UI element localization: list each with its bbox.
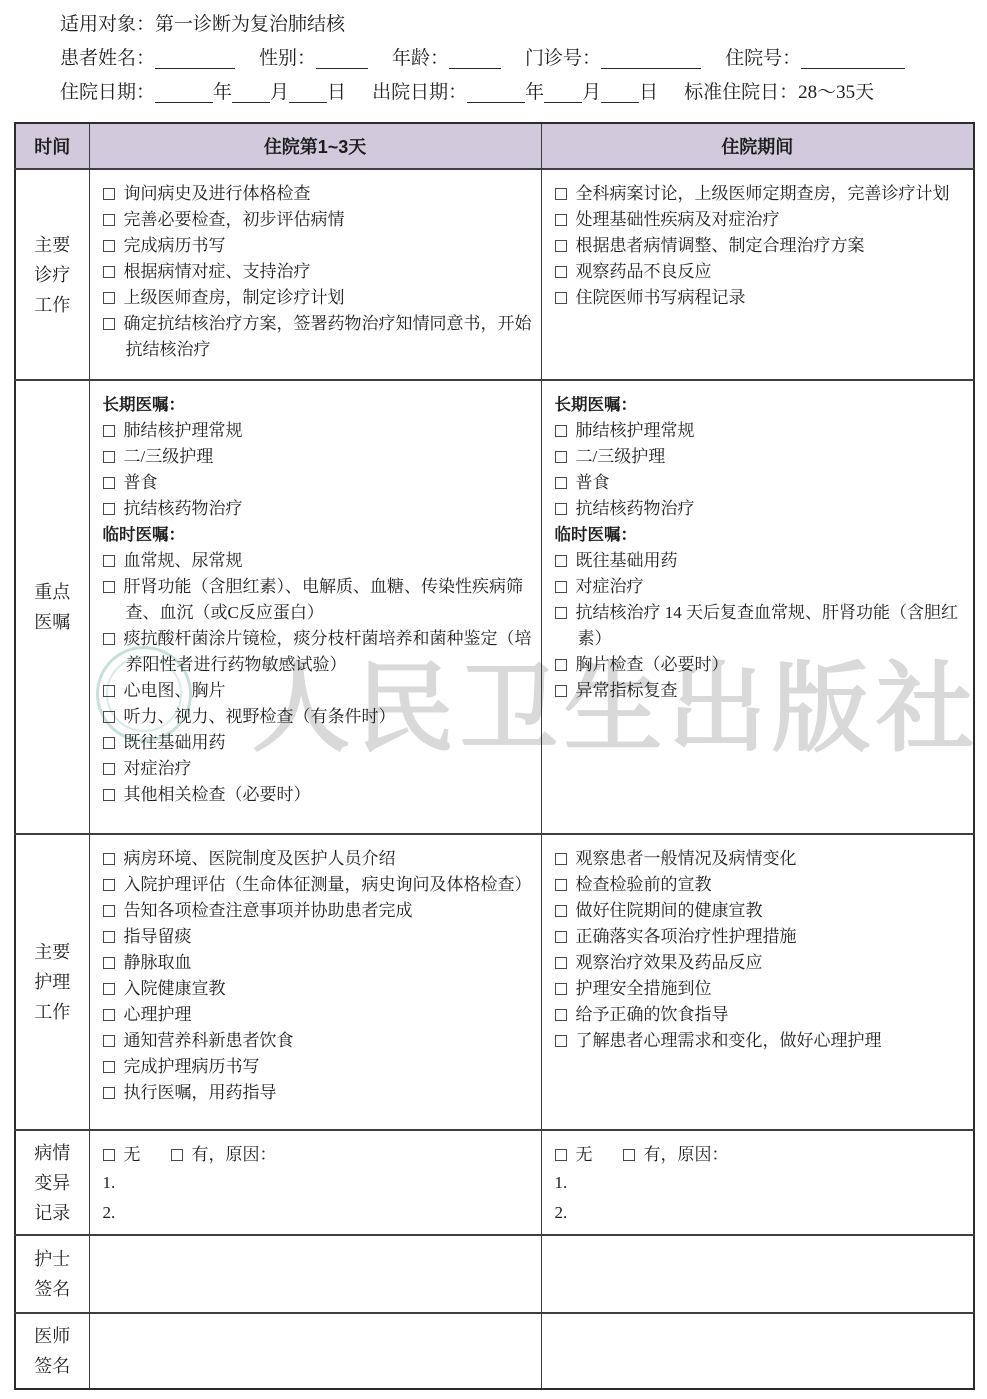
checkbox-icon[interactable]	[103, 879, 115, 891]
field-label: 年龄：	[392, 42, 449, 76]
field-label: 性别：	[259, 42, 316, 76]
checkbox-icon[interactable]	[555, 659, 567, 671]
table-row-key-orders: 重点医嘱 长期医嘱：肺结核护理常规二/三级护理普食抗结核药物治疗临时医嘱：血常规…	[15, 380, 974, 834]
applicable-subject-line: 适用对象：第一诊断为复治肺结核	[60, 8, 975, 42]
row-label-line: 医师	[16, 1321, 89, 1351]
blank-fill-field[interactable]	[601, 45, 701, 69]
cell-nurse-signature-days1-3[interactable]	[89, 1235, 541, 1313]
checkbox-icon[interactable]	[103, 266, 115, 278]
checklist-item: 入院护理评估（生命体征测量，病史询问及体格检查）	[103, 872, 533, 898]
field-label: 门诊号：	[525, 42, 601, 76]
checkbox-icon[interactable]	[171, 1149, 183, 1161]
numbered-line: 1.	[555, 1168, 966, 1198]
checklist-item: 血常规、尿常规	[103, 548, 533, 574]
checkbox-icon[interactable]	[103, 763, 115, 775]
checklist-item: 听力、视力、视野检查（有条件时）	[103, 704, 533, 730]
patient-info-line: 患者姓名：性别：年龄：门诊号：住院号：	[60, 42, 975, 76]
checklist-item: 观察治疗效果及药品反应	[555, 950, 966, 976]
row-label-key-orders: 重点医嘱	[15, 380, 89, 834]
checklist-item: 静脉取血	[103, 950, 533, 976]
row-label-nurse-signature: 护士签名	[15, 1235, 89, 1313]
variation-option: 有，原因：	[623, 1145, 729, 1164]
checkbox-icon[interactable]	[103, 711, 115, 723]
checkbox-icon[interactable]	[103, 477, 115, 489]
checkbox-icon[interactable]	[103, 240, 115, 252]
blank-fill-field[interactable]	[316, 45, 368, 69]
checkbox-icon[interactable]	[103, 555, 115, 567]
blank-fill-field[interactable]	[289, 79, 327, 103]
checkbox-icon[interactable]	[555, 1009, 567, 1021]
checkbox-icon[interactable]	[103, 737, 115, 749]
checkbox-icon[interactable]	[555, 266, 567, 278]
checklist-item: 抗结核药物治疗	[555, 496, 966, 522]
checklist-item: 确定抗结核治疗方案，签署药物治疗知情同意书，开始抗结核治疗	[103, 311, 533, 363]
checklist-item: 心理护理	[103, 1002, 533, 1028]
checkbox-icon[interactable]	[103, 1149, 115, 1161]
checkbox-icon[interactable]	[555, 607, 567, 619]
checklist-item: 二/三级护理	[555, 444, 966, 470]
form-header: 适用对象：第一诊断为复治肺结核 患者姓名：性别：年龄：门诊号：住院号： 住院日期…	[60, 8, 975, 110]
numbered-line: 2.	[103, 1198, 533, 1228]
blank-fill-field[interactable]	[449, 45, 501, 69]
row-label-line: 主要	[16, 230, 89, 260]
checklist-item: 普食	[103, 470, 533, 496]
variation-options-line: 无有，原因：	[555, 1142, 966, 1168]
order-group-heading: 长期医嘱：	[103, 392, 533, 418]
field-label: 日	[327, 76, 346, 110]
cell-variation-during-stay: 无有，原因：1.2.	[541, 1130, 974, 1235]
checkbox-icon[interactable]	[555, 1035, 567, 1047]
blank-fill-field[interactable]	[155, 45, 235, 69]
row-label-line: 工作	[16, 997, 89, 1027]
checkbox-icon[interactable]	[555, 581, 567, 593]
checkbox-icon[interactable]	[555, 905, 567, 917]
checkbox-icon[interactable]	[555, 931, 567, 943]
field-label: 住院日期：	[60, 76, 155, 110]
checklist-item: 二/三级护理	[103, 444, 533, 470]
checkbox-icon[interactable]	[103, 983, 115, 995]
checklist-item: 上级医师查房，制定诊疗计划	[103, 285, 533, 311]
checkbox-icon[interactable]	[103, 633, 115, 645]
checkbox-icon[interactable]	[555, 555, 567, 567]
checklist-item: 普食	[555, 470, 966, 496]
checkbox-icon[interactable]	[103, 1061, 115, 1073]
blank-fill-field[interactable]	[467, 79, 525, 103]
checklist-item: 处理基础性疾病及对症治疗	[555, 207, 966, 233]
checklist-item: 肺结核护理常规	[555, 418, 966, 444]
checklist-item: 根据患者病情调整、制定合理治疗方案	[555, 233, 966, 259]
clinical-pathway-table: 时间 住院第1~3天 住院期间 主要诊疗工作 询问病史及进行体格检查完善必要检查…	[14, 122, 975, 1390]
row-label-line: 病情	[16, 1138, 89, 1168]
checkbox-icon[interactable]	[103, 1009, 115, 1021]
checklist-item: 既往基础用药	[103, 730, 533, 756]
row-label-line: 护士	[16, 1244, 89, 1274]
checklist-item: 完成护理病历书写	[103, 1054, 533, 1080]
checkbox-icon[interactable]	[103, 905, 115, 917]
col-header-during-stay: 住院期间	[541, 123, 974, 169]
date-info-line: 住院日期：年月日出院日期：年月日标准住院日：28～35天	[60, 76, 975, 110]
checkbox-icon[interactable]	[555, 451, 567, 463]
row-label-line: 记录	[16, 1198, 89, 1228]
checklist-item: 检查检验前的宣教	[555, 872, 966, 898]
checkbox-icon[interactable]	[555, 685, 567, 697]
field-label: 住院号：	[725, 42, 801, 76]
checklist-item: 指导留痰	[103, 924, 533, 950]
checklist-item: 全科病案讨论，上级医师定期查房，完善诊疗计划	[555, 181, 966, 207]
row-label-main-nursing-work: 主要护理工作	[15, 834, 89, 1130]
checklist-item: 正确落实各项治疗性护理措施	[555, 924, 966, 950]
row-label-line: 护理	[16, 967, 89, 997]
checkbox-icon[interactable]	[623, 1149, 635, 1161]
checklist-item: 询问病史及进行体格检查	[103, 181, 533, 207]
field-label: 患者姓名：	[60, 42, 155, 76]
checkbox-icon[interactable]	[103, 292, 115, 304]
blank-fill-field[interactable]	[601, 79, 639, 103]
row-label-line: 签名	[16, 1274, 89, 1304]
checkbox-icon[interactable]	[555, 879, 567, 891]
row-label-variation-record: 病情变异记录	[15, 1130, 89, 1235]
blank-fill-field[interactable]	[232, 79, 270, 103]
checkbox-icon[interactable]	[103, 1035, 115, 1047]
cell-physician-signature-days1-3[interactable]	[89, 1313, 541, 1389]
checklist-item: 肝肾功能（含胆红素）、电解质、血糖、传染性疾病筛查、血沉（或C反应蛋白）	[103, 574, 533, 626]
checklist-item: 完成病历书写	[103, 233, 533, 259]
checkbox-icon[interactable]	[103, 931, 115, 943]
checkbox-icon[interactable]	[555, 292, 567, 304]
row-label-line: 主要	[16, 937, 89, 967]
checkbox-icon[interactable]	[103, 503, 115, 515]
table-row-physician-signature: 医师签名	[15, 1313, 974, 1389]
checklist-item: 入院健康宣教	[103, 976, 533, 1002]
row-label-line: 医嘱	[16, 607, 89, 637]
checkbox-icon[interactable]	[103, 581, 115, 593]
field-label: 月	[582, 76, 601, 110]
checkbox-icon[interactable]	[555, 853, 567, 865]
cell-variation-days1-3: 无有，原因：1.2.	[89, 1130, 541, 1235]
checklist-item: 执行医嘱，用药指导	[103, 1080, 533, 1106]
checklist-item: 通知营养科新患者饮食	[103, 1028, 533, 1054]
cell-physician-signature-during-stay[interactable]	[541, 1313, 974, 1389]
variation-option: 无	[103, 1145, 141, 1164]
checkbox-icon[interactable]	[555, 214, 567, 226]
checklist-item: 异常指标复查	[555, 678, 966, 704]
variation-options-line: 无有，原因：	[103, 1142, 533, 1168]
checkbox-icon[interactable]	[103, 853, 115, 865]
blank-fill-field[interactable]	[801, 45, 905, 69]
field-label: 月	[270, 76, 289, 110]
cell-nursing-during-stay: 观察患者一般情况及病情变化检查检验前的宣教做好住院期间的健康宣教正确落实各项治疗…	[541, 834, 974, 1130]
order-group-heading: 长期医嘱：	[555, 392, 966, 418]
checklist-item: 痰抗酸杆菌涂片镜检，痰分枝杆菌培养和菌种鉴定（培养阳性者进行药物敏感试验）	[103, 626, 533, 678]
checklist-item: 给予正确的饮食指导	[555, 1002, 966, 1028]
checklist-item: 抗结核治疗 14 天后复查血常规、肝肾功能（含胆红素）	[555, 600, 966, 652]
checkbox-icon[interactable]	[103, 789, 115, 801]
numbered-line: 2.	[555, 1198, 966, 1228]
checkbox-icon[interactable]	[555, 503, 567, 515]
checklist-item: 告知各项检查注意事项并协助患者完成	[103, 898, 533, 924]
checkbox-icon[interactable]	[555, 425, 567, 437]
cell-diagnosis-days1-3: 询问病史及进行体格检查完善必要检查，初步评估病情完成病历书写根据病情对症、支持治…	[89, 169, 541, 380]
row-label-line: 诊疗	[16, 260, 89, 290]
table-row-main-nursing-work: 主要护理工作 病房环境、医院制度及医护人员介绍入院护理评估（生命体征测量，病史询…	[15, 834, 974, 1130]
checkbox-icon[interactable]	[555, 1149, 567, 1161]
field-label: 标准住院日：28～35天	[684, 76, 874, 110]
cell-orders-days1-3: 长期医嘱：肺结核护理常规二/三级护理普食抗结核药物治疗临时医嘱：血常规、尿常规肝…	[89, 380, 541, 834]
variation-option: 无	[555, 1145, 593, 1164]
order-group-heading: 临时医嘱：	[555, 522, 966, 548]
checkbox-icon[interactable]	[103, 188, 115, 200]
checkbox-icon[interactable]	[555, 477, 567, 489]
row-label-line: 重点	[16, 577, 89, 607]
field-label: 日	[639, 76, 658, 110]
checkbox-icon[interactable]	[103, 214, 115, 226]
blank-fill-field[interactable]	[155, 79, 213, 103]
checklist-item: 病房环境、医院制度及医护人员介绍	[103, 846, 533, 872]
variation-option: 有，原因：	[171, 1145, 277, 1164]
row-label-main-diagnosis-work: 主要诊疗工作	[15, 169, 89, 380]
checklist-item: 根据病情对症、支持治疗	[103, 259, 533, 285]
checklist-item: 了解患者心理需求和变化，做好心理护理	[555, 1028, 966, 1054]
checklist-item: 护理安全措施到位	[555, 976, 966, 1002]
checklist-item: 胸片检查（必要时）	[555, 652, 966, 678]
blank-fill-field[interactable]	[544, 79, 582, 103]
row-label-line: 工作	[16, 290, 89, 320]
checkbox-icon[interactable]	[555, 983, 567, 995]
checkbox-icon[interactable]	[103, 425, 115, 437]
field-label: 年	[525, 76, 544, 110]
field-label: 出院日期：	[372, 76, 467, 110]
table-row-variation-record: 病情变异记录 无有，原因：1.2. 无有，原因：1.2.	[15, 1130, 974, 1235]
checklist-item: 住院医师书写病程记录	[555, 285, 966, 311]
checklist-item: 肺结核护理常规	[103, 418, 533, 444]
checklist-item: 既往基础用药	[555, 548, 966, 574]
order-group-heading: 临时医嘱：	[103, 522, 533, 548]
checkbox-icon[interactable]	[555, 188, 567, 200]
checklist-item: 抗结核药物治疗	[103, 496, 533, 522]
checklist-item: 完善必要检查，初步评估病情	[103, 207, 533, 233]
table-row-nurse-signature: 护士签名	[15, 1235, 974, 1313]
checklist-item: 对症治疗	[103, 756, 533, 782]
cell-nurse-signature-during-stay[interactable]	[541, 1235, 974, 1313]
checkbox-icon[interactable]	[103, 957, 115, 969]
cell-nursing-days1-3: 病房环境、医院制度及医护人员介绍入院护理评估（生命体征测量，病史询问及体格检查）…	[89, 834, 541, 1130]
row-label-line: 变异	[16, 1168, 89, 1198]
checkbox-icon[interactable]	[103, 685, 115, 697]
col-header-time: 时间	[15, 123, 89, 169]
checkbox-icon[interactable]	[103, 451, 115, 463]
checkbox-icon[interactable]	[103, 1087, 115, 1099]
cell-diagnosis-during-stay: 全科病案讨论，上级医师定期查房，完善诊疗计划处理基础性疾病及对症治疗根据患者病情…	[541, 169, 974, 380]
checklist-item: 观察药品不良反应	[555, 259, 966, 285]
row-label-physician-signature: 医师签名	[15, 1313, 89, 1389]
table-row-main-diagnosis-work: 主要诊疗工作 询问病史及进行体格检查完善必要检查，初步评估病情完成病历书写根据病…	[15, 169, 974, 380]
col-header-days-1-3: 住院第1~3天	[89, 123, 541, 169]
checkbox-icon[interactable]	[555, 240, 567, 252]
cell-orders-during-stay: 长期医嘱：肺结核护理常规二/三级护理普食抗结核药物治疗临时医嘱：既往基础用药对症…	[541, 380, 974, 834]
checklist-item: 其他相关检查（必要时）	[103, 782, 533, 808]
checklist-item: 对症治疗	[555, 574, 966, 600]
table-header-row: 时间 住院第1~3天 住院期间	[15, 123, 974, 169]
checkbox-icon[interactable]	[555, 957, 567, 969]
checklist-item: 做好住院期间的健康宣教	[555, 898, 966, 924]
checkbox-icon[interactable]	[103, 318, 115, 330]
row-label-line: 签名	[16, 1351, 89, 1381]
checklist-item: 心电图、胸片	[103, 678, 533, 704]
numbered-line: 1.	[103, 1168, 533, 1198]
checklist-item: 观察患者一般情况及病情变化	[555, 846, 966, 872]
field-label: 年	[213, 76, 232, 110]
